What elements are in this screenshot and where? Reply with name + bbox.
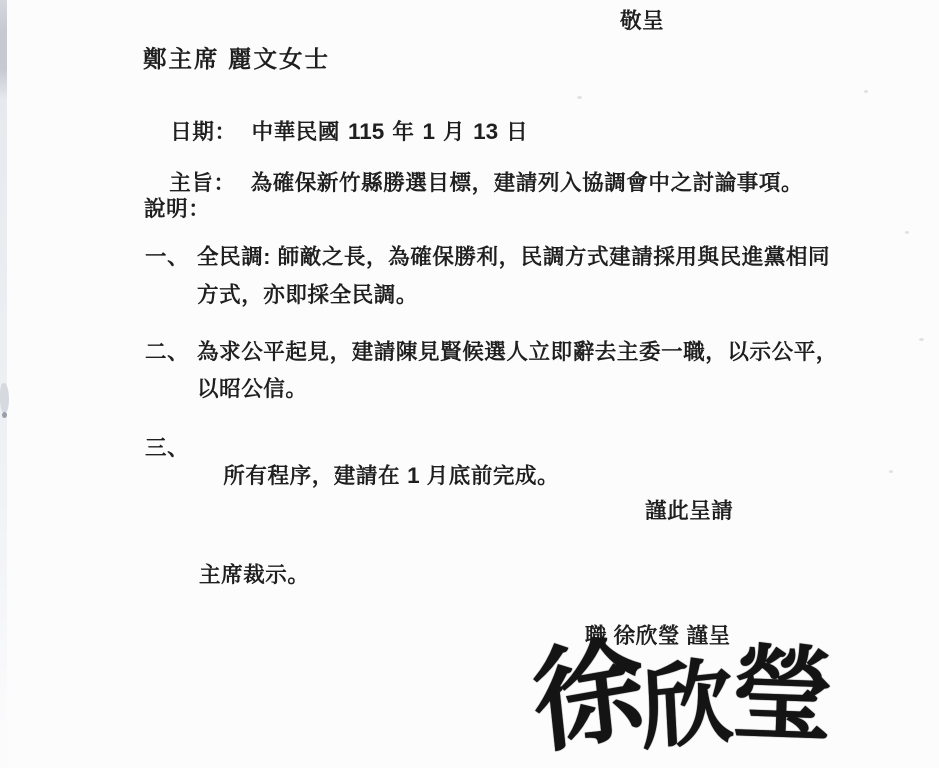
subject-text: 為確保新竹縣勝選目標，建請列入協調會中之討論事項。 [251, 171, 804, 195]
item-2-line-2: 以昭公信。 [197, 377, 308, 403]
date-era: 中華民國 [252, 120, 340, 144]
item-2-line-1: 為求公平起見，建請陳見賢候選人立即辭去主委一職，以示公平， [197, 340, 838, 366]
date-day: 13 [473, 119, 498, 144]
item-3-month-number: 1 [407, 463, 420, 488]
item-1-number: 一、 [145, 245, 189, 271]
subject-line: 主旨：為確保新竹縣勝選目標，建請列入協調會中之討論事項。 [143, 145, 803, 222]
scan-edge-dot [2, 412, 7, 418]
date-day-unit: 日 [506, 120, 528, 144]
date-label: 日期： [170, 120, 236, 144]
recipient-line: 鄭主席 麗文女士 [143, 45, 330, 73]
item-3-line-1: 所有程序，建請在1月底前完成。 [197, 436, 559, 515]
instruction-line: 主席裁示。 [199, 563, 310, 589]
item-3-text-before: 所有程序，建請在 [223, 464, 400, 488]
item-3-text-after: 月底前完成。 [427, 464, 560, 488]
scan-speck [919, 338, 924, 341]
scan-speck [905, 231, 909, 234]
subject-label: 主旨： [169, 171, 235, 195]
item-1-line-1: 全民調: 師敵之長，為確保勝利，民調方式建請採用與民進黨相同 [197, 245, 830, 271]
scan-edge-smudge [0, 383, 9, 413]
item-1-line-2: 方式，亦即採全民調。 [197, 283, 418, 309]
signature-char-3: 瑩 [729, 642, 834, 747]
scan-speck [577, 96, 582, 99]
item-3-number: 三、 [145, 436, 189, 462]
signature-char-2: 欣 [639, 655, 735, 757]
explanation-label: 說明： [144, 197, 210, 223]
salute: 敬呈 [620, 9, 664, 35]
signature-handwriting: 徐 欣 瑩 [533, 640, 833, 752]
date-year: 115 [348, 119, 384, 144]
item-2-number: 二、 [145, 340, 189, 366]
scan-speck [889, 470, 893, 473]
date-month: 1 [422, 119, 435, 144]
scanned-letter-page: 敬呈 鄭主席 麗文女士 日期：中華民國115年1月13日 主旨：為確保新竹縣勝選… [0, 0, 939, 768]
signature-char-1: 徐 [528, 630, 650, 761]
date-year-unit: 年 [392, 120, 414, 144]
scan-speck [864, 90, 868, 93]
date-month-unit: 月 [443, 120, 465, 144]
closing-phrase: 謹此呈請 [645, 499, 733, 525]
